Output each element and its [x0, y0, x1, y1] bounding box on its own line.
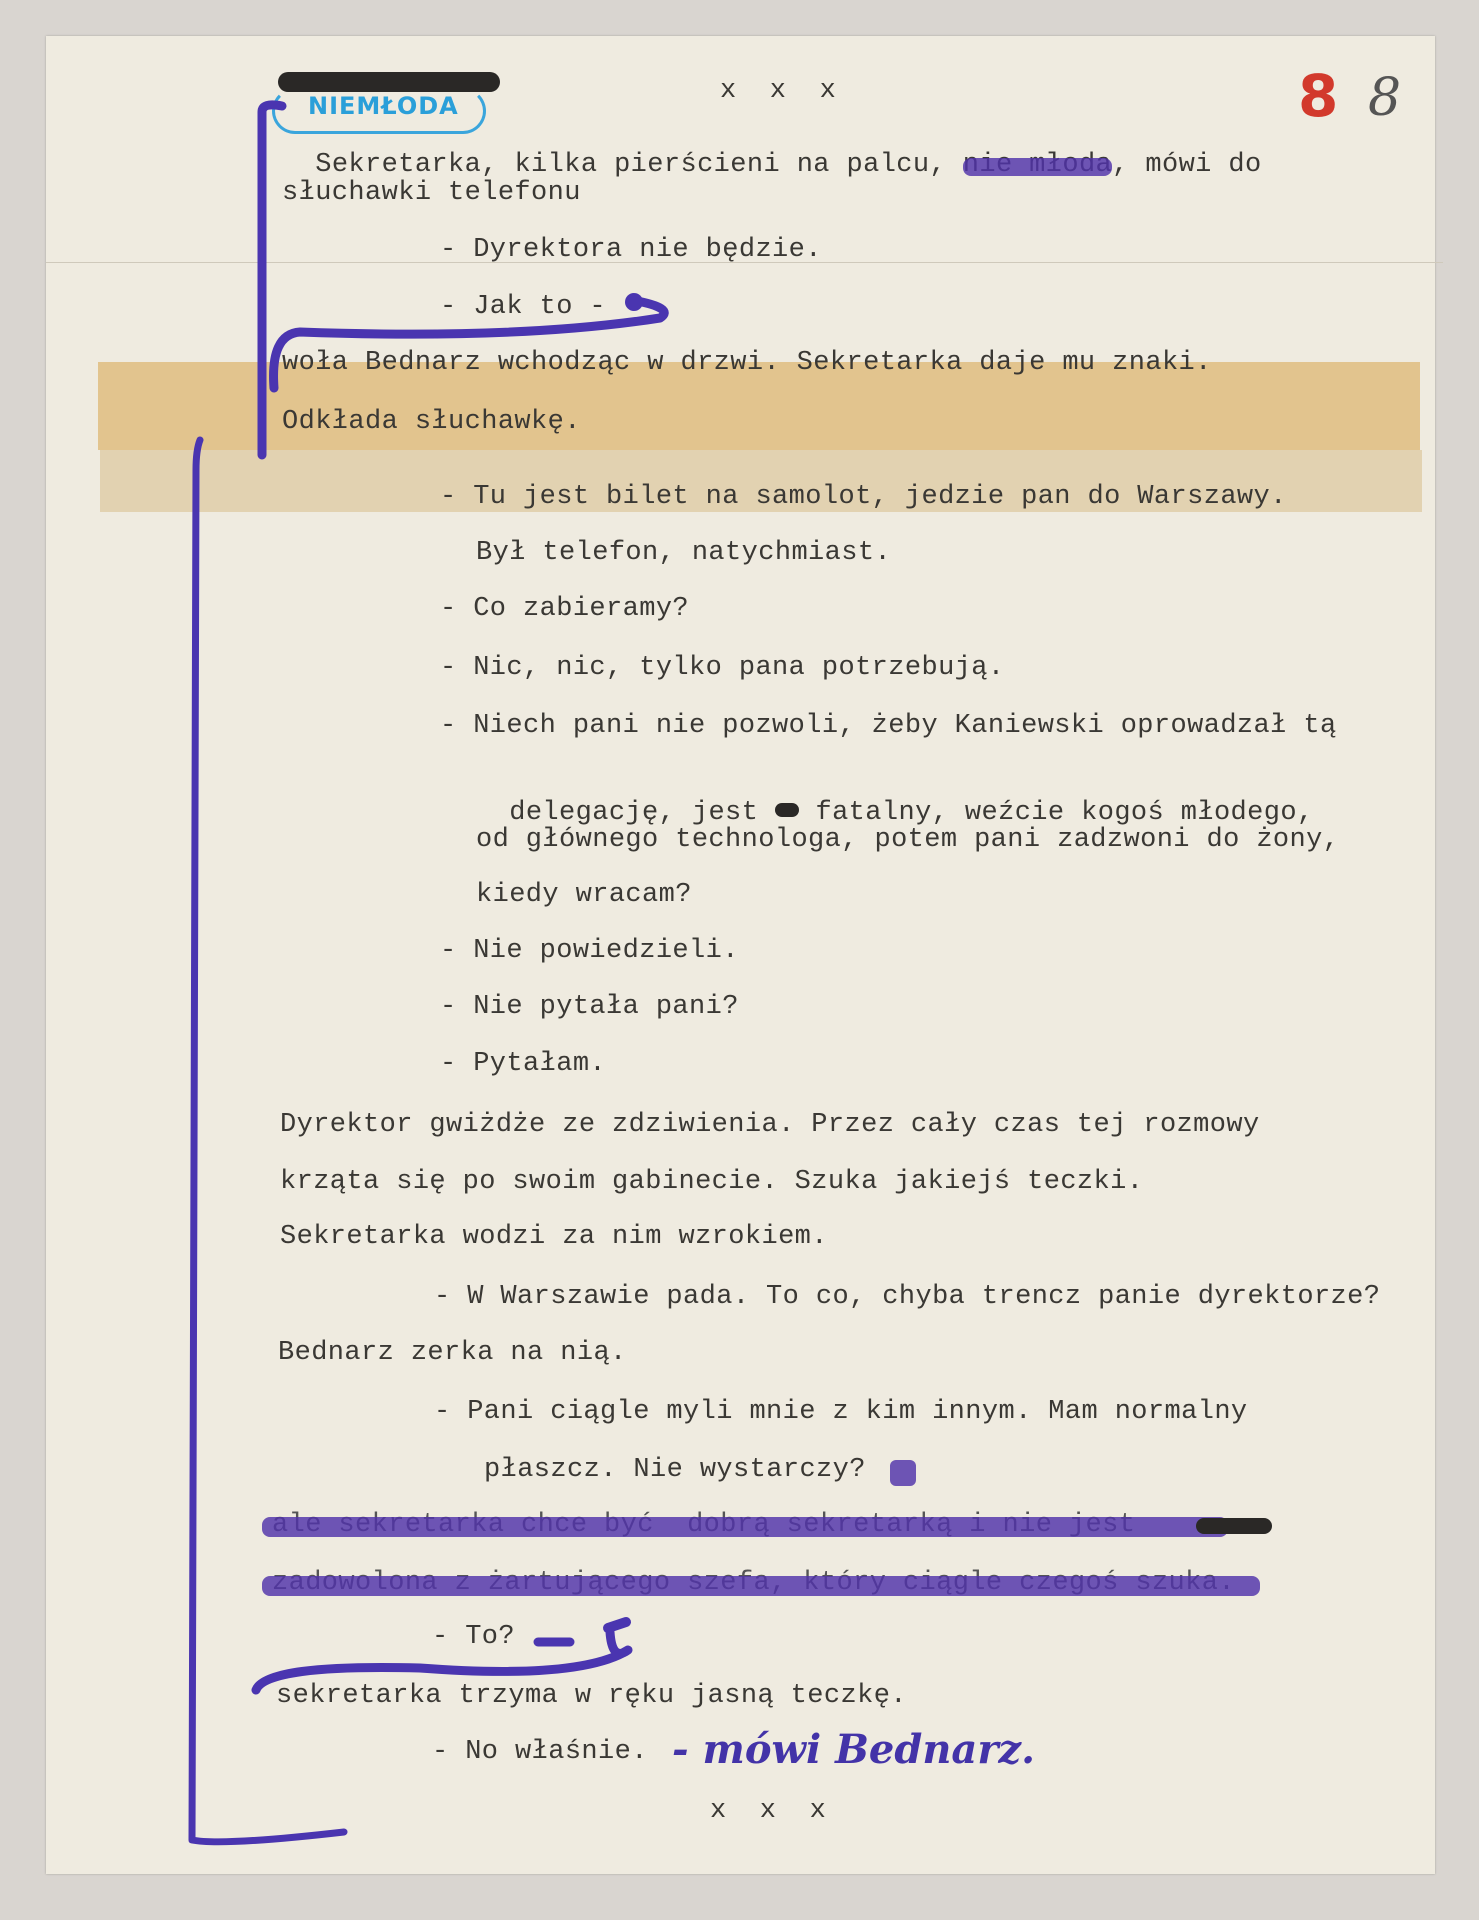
- text-segment: , mówi do: [1112, 150, 1261, 180]
- text-segment: Sekretarka, kilka pierścieni na palcu,: [315, 150, 963, 180]
- ink-strikethrough: [262, 1517, 1228, 1537]
- page-number-red: 8: [1298, 62, 1338, 130]
- blacked-out-word: [775, 803, 799, 817]
- text-line: Bednarz zerka na nią.: [278, 1338, 627, 1368]
- dialogue-line: - No właśnie.: [432, 1737, 648, 1767]
- dialogue-line: od głównego technologa, potem pani zadzw…: [476, 825, 1339, 855]
- section-mark-bottom: x x x: [710, 1796, 826, 1826]
- handwritten-addition-mowi-bednarz: - mówi Bednarz.: [672, 1726, 1035, 1773]
- dialogue-line: - Tu jest bilet na samolot, jedzie pan d…: [440, 482, 1287, 512]
- dialogue-line: - Dyrektora nie będzie.: [440, 235, 822, 265]
- blacked-out-word: [1196, 1518, 1272, 1534]
- dialogue-line: - To?: [432, 1622, 515, 1652]
- dialogue-line: kiedy wracam?: [476, 880, 692, 910]
- text-line: słuchawki telefonu: [282, 178, 581, 208]
- section-mark-top: x x x: [720, 76, 836, 106]
- typescript-page: [46, 36, 1435, 1874]
- ink-strikethrough: [963, 158, 1112, 176]
- struck-text: nie młoda: [963, 150, 1112, 180]
- dialogue-line: - W Warszawie pada. To co, chyba trencz …: [434, 1282, 1380, 1312]
- text-line: Dyrektor gwiżdże ze zdziwienia. Przez ca…: [280, 1110, 1260, 1140]
- text-line: Odkłada słuchawkę.: [282, 407, 581, 437]
- dialogue-line: - Jak to -: [440, 292, 606, 322]
- text-line: Sekretarka wodzi za nim wzrokiem.: [280, 1222, 828, 1252]
- text-line: krząta się po swoim gabinecie. Szuka jak…: [280, 1167, 1143, 1197]
- dialogue-line: - Pani ciągle myli mnie z kim innym. Mam…: [434, 1397, 1248, 1427]
- dialogue-line: - Nie powiedzieli.: [440, 936, 739, 966]
- dialogue-line: - Nie pytała pani?: [440, 992, 739, 1022]
- handwritten-insert-niemloda: NIEMŁODA: [308, 92, 459, 120]
- text-line: sekretarka trzyma w ręku jasną teczkę.: [276, 1681, 907, 1711]
- dialogue-line: - Niech pani nie pozwoli, żeby Kaniewski…: [440, 711, 1337, 741]
- dialogue-line: - Pytałam.: [440, 1049, 606, 1079]
- dialogue-line: - Nic, nic, tylko pana potrzebują.: [440, 653, 1005, 683]
- dialogue-line: Był telefon, natychmiast.: [476, 538, 891, 568]
- text-segment: fatalny, weźcie kogoś młodego,: [799, 798, 1314, 828]
- ink-strikethrough: [262, 1576, 1260, 1596]
- dialogue-line: - Co zabieramy?: [440, 594, 689, 624]
- page-number-pencil: 8: [1368, 68, 1401, 128]
- text-line: woła Bednarz wchodząc w drzwi. Sekretark…: [282, 348, 1212, 378]
- dialogue-line: delegację, jest fatalny, weźcie kogoś mł…: [476, 768, 1314, 828]
- dialogue-line: płaszcz. Nie wystarczy?: [484, 1455, 866, 1485]
- ink-blot: [890, 1460, 916, 1486]
- text-line: Sekretarka, kilka pierścieni na palcu, n…: [282, 120, 1262, 180]
- text-segment: delegację, jest: [509, 798, 775, 828]
